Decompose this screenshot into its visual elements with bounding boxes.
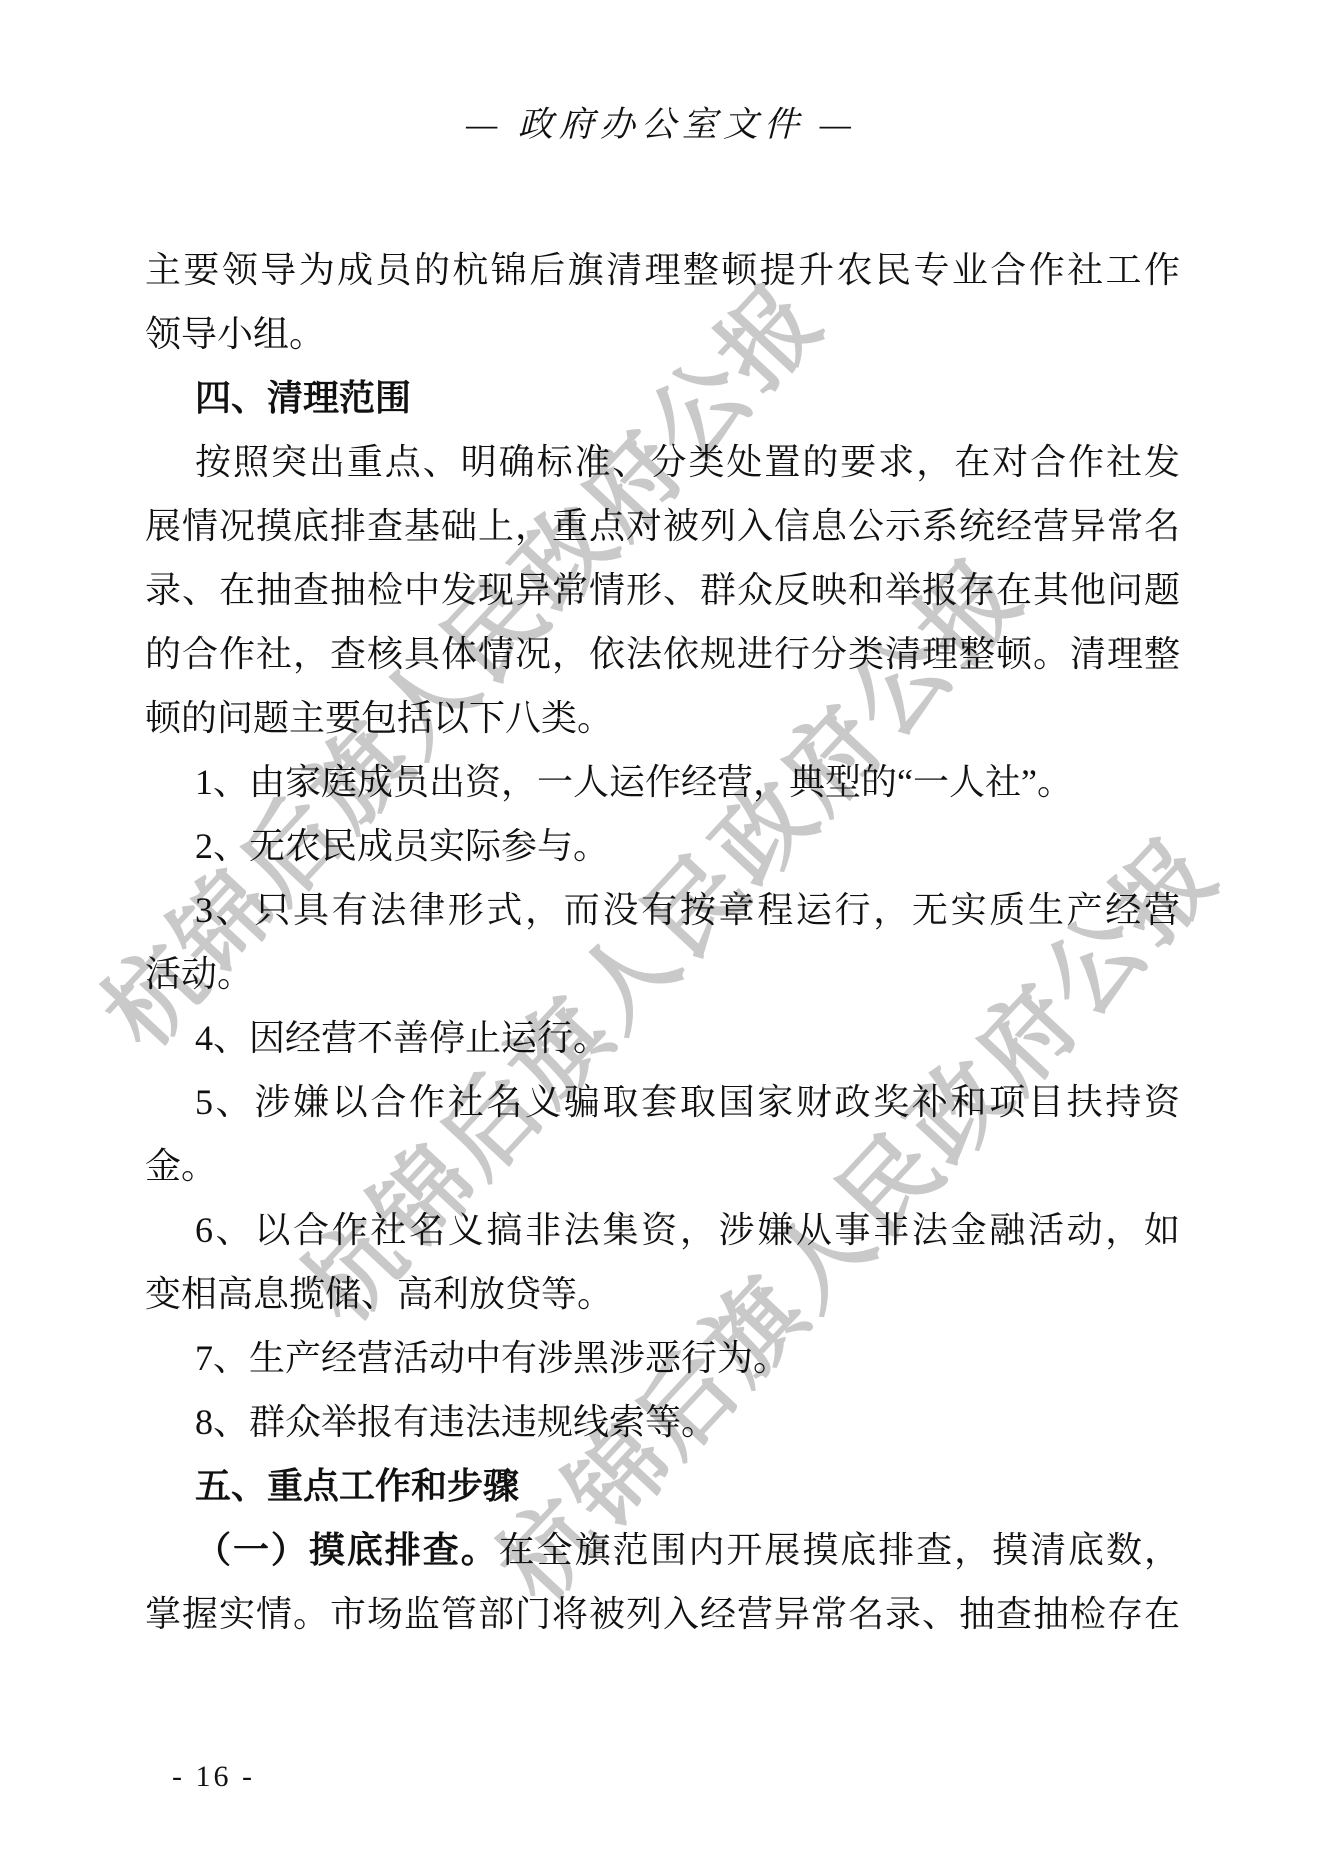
document-page: — 政府办公室文件 — 杭锦后旗人民政府公报 杭锦后旗人民政府公报 杭锦后旗人民… xyxy=(0,0,1323,1871)
section-heading: 四、清理范围 xyxy=(145,366,1180,430)
text-line: 的合作社，查核具体情况，依法依规进行分类清理整顿。清理整 xyxy=(145,622,1180,686)
document-header: — 政府办公室文件 — xyxy=(0,97,1323,147)
text-line: 7、生产经营活动中有涉黑涉恶行为。 xyxy=(145,1326,1180,1390)
text-line: 4、因经营不善停止运行。 xyxy=(145,1006,1180,1070)
text-line: 领导小组。 xyxy=(145,302,1180,366)
text-line: 顿的问题主要包括以下八类。 xyxy=(145,686,1180,750)
page-number: - 16 - xyxy=(172,1760,255,1794)
text-line: 1、由家庭成员出资，一人运作经营，典型的“一人社”。 xyxy=(145,750,1180,814)
text-line: 展情况摸底排查基础上，重点对被列入信息公示系统经营异常名 xyxy=(145,494,1180,558)
text-line: 按照突出重点、明确标准、分类处置的要求，在对合作社发 xyxy=(145,430,1180,494)
text-line: 2、无农民成员实际参与。 xyxy=(145,814,1180,878)
section-heading: 五、重点工作和步骤 xyxy=(145,1454,1180,1518)
text-line: 3、只具有法律形式，而没有按章程运行，无实质生产经营 xyxy=(145,878,1180,942)
text-line: 5、涉嫌以合作社名义骗取套取国家财政奖补和项目扶持资 xyxy=(145,1070,1180,1134)
text-line: 变相高息揽储、高利放贷等。 xyxy=(145,1262,1180,1326)
document-body: 主要领导为成员的杭锦后旗清理整顿提升农民专业合作社工作领导小组。四、清理范围按照… xyxy=(145,238,1180,1646)
text-line: 金。 xyxy=(145,1134,1180,1198)
text-line: 主要领导为成员的杭锦后旗清理整顿提升农民专业合作社工作 xyxy=(145,238,1180,302)
text-line: （一）摸底排查。在全旗范围内开展摸底排查，摸清底数， xyxy=(145,1518,1180,1582)
text-line: 8、群众举报有违法违规线索等。 xyxy=(145,1390,1180,1454)
text-line: 录、在抽查抽检中发现异常情形、群众反映和举报存在其他问题 xyxy=(145,558,1180,622)
text-line: 活动。 xyxy=(145,942,1180,1006)
text-line: 6、以合作社名义搞非法集资，涉嫌从事非法金融活动，如 xyxy=(145,1198,1180,1262)
text-line: 掌握实情。市场监管部门将被列入经营异常名录、抽查抽检存在 xyxy=(145,1582,1180,1646)
bold-run: （一）摸底排查。 xyxy=(195,1530,499,1570)
